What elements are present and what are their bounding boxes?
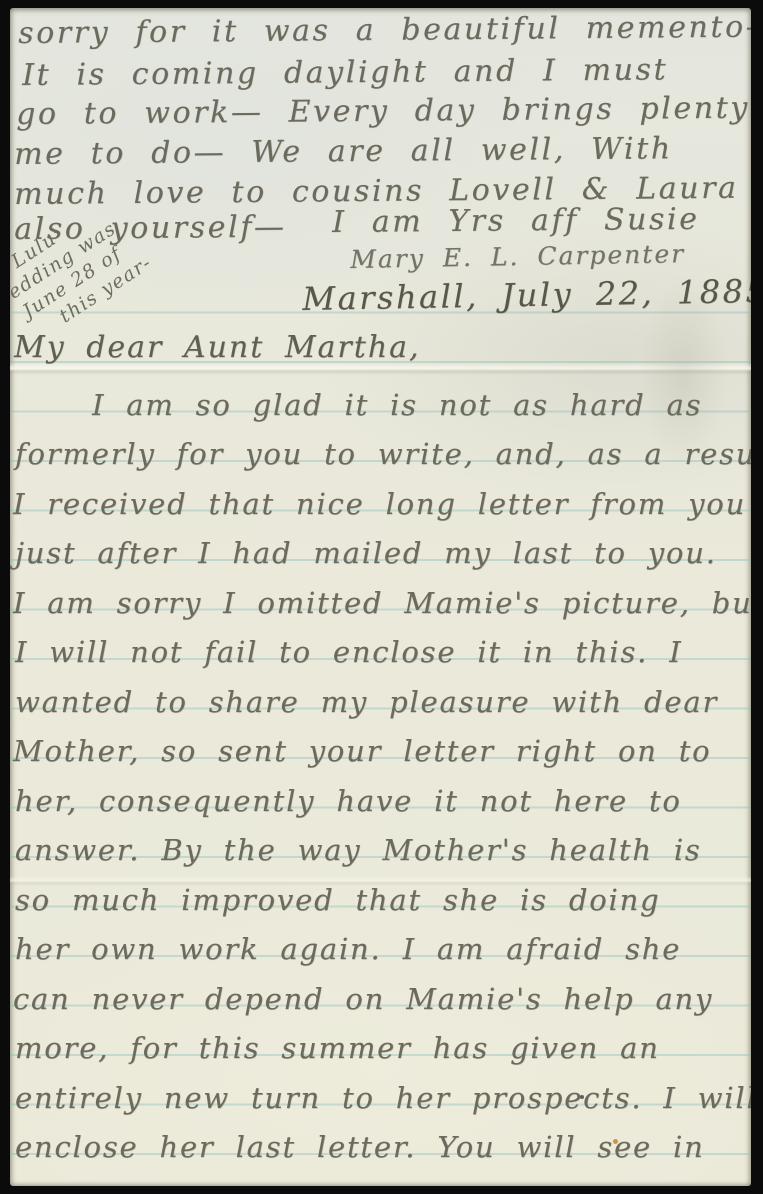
paper-speck bbox=[613, 1139, 618, 1144]
letter-line: enclose her last letter. You will see in bbox=[15, 1130, 705, 1164]
letter-line: I received that nice long letter from yo… bbox=[13, 487, 746, 521]
letter-line: I am sorry I omitted Mamie's picture, bu… bbox=[13, 586, 751, 620]
letter-line: I will not fail to enclose it in this. I bbox=[15, 635, 682, 669]
letter-line: just after I had mailed my last to you. bbox=[15, 536, 717, 570]
letter-page: sorry for it was a beautiful memento— It… bbox=[10, 8, 751, 1186]
letter-line: It is coming daylight and I must bbox=[22, 52, 668, 93]
salutation: My dear Aunt Martha, bbox=[14, 330, 421, 365]
letter-line: so much improved that she is doing bbox=[15, 883, 660, 917]
letter-line: can never depend on Mamie's help any bbox=[13, 982, 713, 1016]
signature: Mary E. L. Carpenter bbox=[350, 239, 685, 274]
letter-line: me to do— We are all well, With bbox=[14, 131, 673, 172]
signoff-right: I am Yrs aff Susie bbox=[332, 202, 700, 240]
letter-line: her, consequently have it not here to bbox=[15, 784, 682, 818]
letter-line: formerly for you to write, and, as a res… bbox=[15, 437, 751, 471]
letter-line: I am so glad it is not as hard as bbox=[92, 388, 702, 422]
paper-speck bbox=[580, 1095, 584, 1099]
letter-line: go to work— Every day brings plenty for bbox=[16, 90, 751, 132]
letter-line: entirely new turn to her prospects. I wi… bbox=[15, 1081, 751, 1115]
letter-line: Mother, so sent your letter right on to bbox=[13, 734, 711, 768]
letter-line: sorry for it was a beautiful memento— bbox=[18, 9, 751, 51]
photo-background: sorry for it was a beautiful memento— It… bbox=[0, 0, 763, 1194]
letter-line: more, for this summer has given an bbox=[15, 1031, 660, 1065]
letter-line: her own work again. I am afraid she bbox=[15, 932, 681, 966]
dateline: Marshall, July 22, 1885— bbox=[302, 271, 751, 318]
letter-line: wanted to share my pleasure with dear bbox=[15, 685, 718, 719]
letter-line: answer. By the way Mother's health is bbox=[15, 833, 702, 867]
